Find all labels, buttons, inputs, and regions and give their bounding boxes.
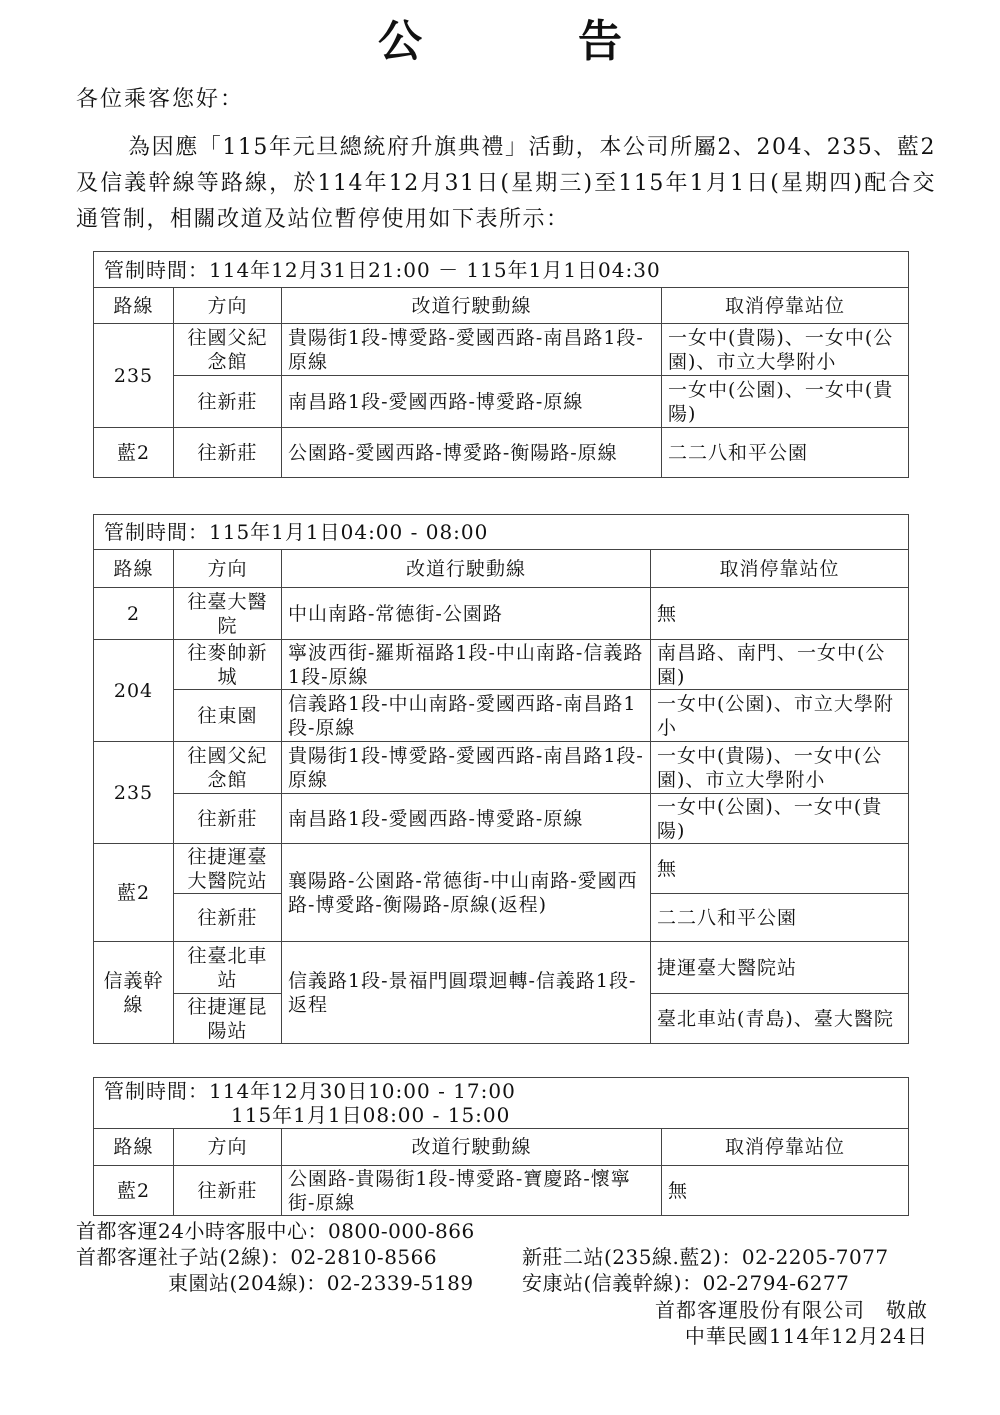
header-direction: 方向 (174, 550, 282, 588)
cancelled-cell: 二二八和平公園 (662, 428, 909, 478)
cancelled-cell: 南昌路、南門、一女中(公園) (651, 640, 909, 690)
notice-date: 中華民國114年12月24日 (685, 1323, 928, 1349)
contact-xinzhuang: 新莊二站(235線.藍2)：02-2205-7077 (522, 1244, 889, 1270)
control-time: 管制時間：114年12月30日10:00 - 17:00 115年1月1日08:… (94, 1078, 909, 1129)
table-row: 藍2 往新莊 公園路-愛國西路-博愛路-衡陽路-原線 二二八和平公園 (94, 428, 909, 478)
detour-cell: 襄陽路-公園路-常德街-中山南路-愛國西路-博愛路-衡陽路-原線(返程) (282, 844, 651, 942)
route-cell: 2 (94, 588, 174, 640)
hotline: 首都客運24小時客服中心：0800-000-866 (76, 1218, 475, 1244)
control-table-1: 管制時間：114年12月31日21:00 － 115年1月1日04:30 路線 … (93, 251, 909, 478)
control-time-line-1: 管制時間：114年12月30日10:00 - 17:00 (104, 1079, 902, 1103)
direction-cell: 往新莊 (174, 376, 282, 428)
contact-shezi: 首都客運社子站(2線)：02-2810-8566 (76, 1244, 437, 1270)
table-row: 往東園 信義路1段-中山南路-愛國西路-南昌路1段-原線 一女中(公園)、市立大… (94, 690, 909, 742)
header-direction: 方向 (174, 288, 282, 324)
header-cancelled: 取消停靠站位 (662, 288, 909, 324)
cancelled-cell: 一女中(公園)、一女中(貴陽) (651, 794, 909, 844)
direction-cell: 往東園 (174, 690, 282, 742)
contact-dongyuan: 東園站(204線)：02-2339-5189 (168, 1270, 474, 1296)
detour-cell: 公園路-貴陽街1段-博愛路-寶慶路-懷寧街-原線 (282, 1166, 662, 1216)
cancelled-cell: 一女中(貴陽)、一女中(公園)、市立大學附小 (662, 324, 909, 376)
cancelled-cell: 捷運臺大醫院站 (651, 942, 909, 994)
table-row: 2 往臺大醫院 中山南路-常德街-公園路 無 (94, 588, 909, 640)
greeting: 各位乘客您好： (76, 85, 244, 115)
header-detour: 改道行駛動線 (282, 1129, 662, 1166)
page-title: 公 告 (0, 14, 1000, 70)
direction-cell: 往新莊 (174, 794, 282, 844)
table-row: 235 往國父紀念館 貴陽街1段-博愛路-愛國西路-南昌路1段-原線 一女中(貴… (94, 742, 909, 794)
detour-cell: 南昌路1段-愛國西路-博愛路-原線 (282, 794, 651, 844)
cancelled-cell: 一女中(公園)、市立大學附小 (651, 690, 909, 742)
detour-cell: 公園路-愛國西路-博愛路-衡陽路-原線 (282, 428, 662, 478)
detour-cell: 中山南路-常德街-公園路 (282, 588, 651, 640)
cancelled-cell: 無 (662, 1166, 909, 1216)
detour-cell: 貴陽街1段-博愛路-愛國西路-南昌路1段-原線 (282, 742, 651, 794)
table-row: 235 往國父紀念館 貴陽街1段-博愛路-愛國西路-南昌路1段-原線 一女中(貴… (94, 324, 909, 376)
detour-cell: 信義路1段-景福門圓環迴轉-信義路1段-返程 (282, 942, 651, 1044)
cancelled-cell: 無 (651, 588, 909, 640)
control-time: 管制時間：115年1月1日04:00 - 08:00 (94, 515, 909, 550)
direction-cell: 往新莊 (174, 894, 282, 942)
direction-cell: 往捷運臺大醫院站 (174, 844, 282, 894)
cancelled-cell: 一女中(公園)、一女中(貴陽) (662, 376, 909, 428)
route-cell: 藍2 (94, 428, 174, 478)
table-row: 藍2 往新莊 公園路-貴陽街1段-博愛路-寶慶路-懷寧街-原線 無 (94, 1166, 909, 1216)
cancelled-cell: 一女中(貴陽)、一女中(公園)、市立大學附小 (651, 742, 909, 794)
direction-cell: 往國父紀念館 (174, 742, 282, 794)
cancelled-cell: 無 (651, 844, 909, 894)
direction-cell: 往國父紀念館 (174, 324, 282, 376)
intro-paragraph: 為因應「115年元旦總統府升旗典禮」活動，本公司所屬2、204、235、藍2及信… (76, 130, 936, 238)
header-detour: 改道行駛動線 (282, 550, 651, 588)
header-detour: 改道行駛動線 (282, 288, 662, 324)
direction-cell: 往麥帥新城 (174, 640, 282, 690)
detour-cell: 寧波西街-羅斯福路1段-中山南路-信義路1段-原線 (282, 640, 651, 690)
header-route: 路線 (94, 1129, 174, 1166)
direction-cell: 往新莊 (174, 1166, 282, 1216)
company-signature: 首都客運股份有限公司 敬啟 (655, 1297, 928, 1323)
header-route: 路線 (94, 288, 174, 324)
table-row: 往新莊 南昌路1段-愛國西路-博愛路-原線 一女中(公園)、一女中(貴陽) (94, 376, 909, 428)
route-cell: 藍2 (94, 844, 174, 942)
direction-cell: 往捷運昆陽站 (174, 994, 282, 1044)
control-time: 管制時間：114年12月31日21:00 － 115年1月1日04:30 (94, 252, 909, 288)
detour-cell: 信義路1段-中山南路-愛國西路-南昌路1段-原線 (282, 690, 651, 742)
direction-cell: 往臺大醫院 (174, 588, 282, 640)
cancelled-cell: 臺北車站(青島)、臺大醫院 (651, 994, 909, 1044)
route-cell: 204 (94, 640, 174, 742)
header-cancelled: 取消停靠站位 (651, 550, 909, 588)
route-cell: 235 (94, 324, 174, 428)
contact-ankang: 安康站(信義幹線)：02-2794-6277 (522, 1270, 849, 1296)
table-row: 信義幹線 往臺北車站 信義路1段-景福門圓環迴轉-信義路1段-返程 捷運臺大醫院… (94, 942, 909, 994)
route-cell: 藍2 (94, 1166, 174, 1216)
route-cell: 235 (94, 742, 174, 844)
cancelled-cell: 二二八和平公園 (651, 894, 909, 942)
control-time-line-2: 115年1月1日08:00 - 15:00 (104, 1103, 902, 1127)
control-table-2: 管制時間：115年1月1日04:00 - 08:00 路線 方向 改道行駛動線 … (93, 514, 909, 1044)
table-row: 204 往麥帥新城 寧波西街-羅斯福路1段-中山南路-信義路1段-原線 南昌路、… (94, 640, 909, 690)
header-direction: 方向 (174, 1129, 282, 1166)
detour-cell: 貴陽街1段-博愛路-愛國西路-南昌路1段-原線 (282, 324, 662, 376)
direction-cell: 往新莊 (174, 428, 282, 478)
route-cell: 信義幹線 (94, 942, 174, 1044)
table-row: 往新莊 南昌路1段-愛國西路-博愛路-原線 一女中(公園)、一女中(貴陽) (94, 794, 909, 844)
table-row: 藍2 往捷運臺大醫院站 襄陽路-公園路-常德街-中山南路-愛國西路-博愛路-衡陽… (94, 844, 909, 894)
detour-cell: 南昌路1段-愛國西路-博愛路-原線 (282, 376, 662, 428)
header-cancelled: 取消停靠站位 (662, 1129, 909, 1166)
control-table-3: 管制時間：114年12月30日10:00 - 17:00 115年1月1日08:… (93, 1077, 909, 1216)
direction-cell: 往臺北車站 (174, 942, 282, 994)
header-route: 路線 (94, 550, 174, 588)
